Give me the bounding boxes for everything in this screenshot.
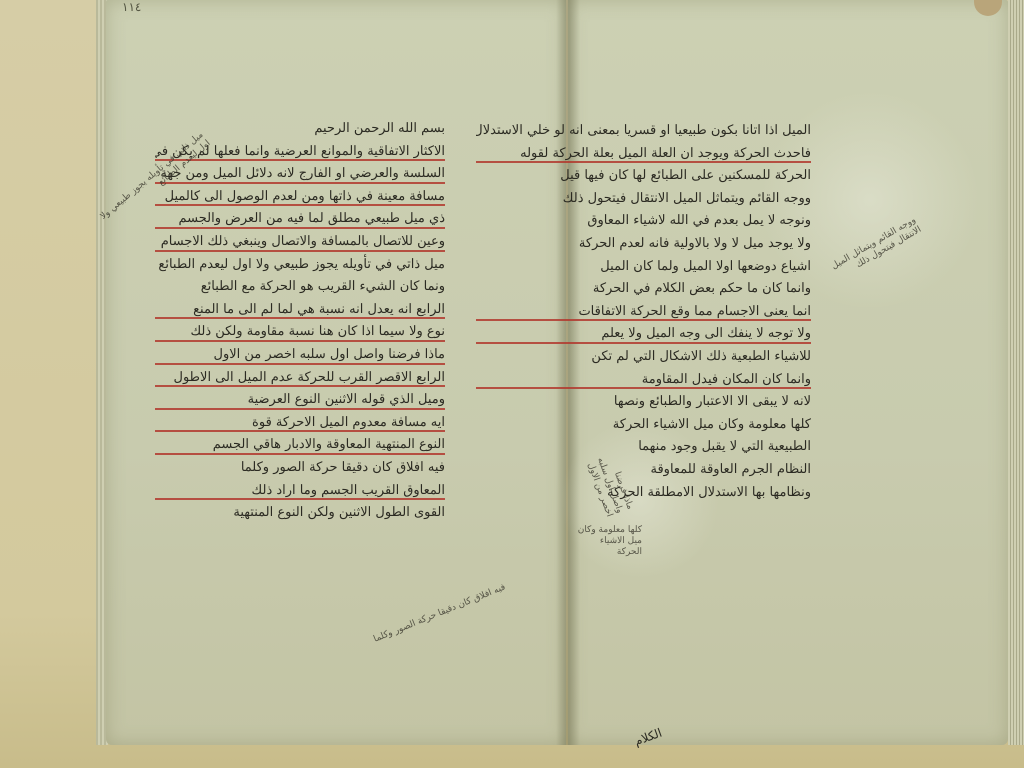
red-overline [155,498,445,500]
manuscript-line: الرابع الاقصر القرب للحركة عدم الميل الى… [155,367,445,390]
manuscript-line: الحركة للمسكنين على الطبائع لها كان فيها… [476,165,811,188]
manuscript-line: النظام الجرم العاوقة للمعاوقة [476,459,811,482]
red-overline [155,385,445,387]
manuscript-line: ونوجه لا يمل بعدم في الله لاشياء المعاوق [476,210,811,233]
manuscript-line: ماذا فرضنا واصل اول سلبه اخصر من الاول [155,344,445,367]
manuscript-line: كلها معلومة وكان ميل الاشياء الحركة [476,414,811,437]
manuscript-line: وانما كان ما حكم بعض الكلام في الحركة [476,278,811,301]
manuscript-line: القوى الطول الاثنين ولكن النوع المنتهية [155,502,445,525]
page-edges-right [1008,0,1024,745]
manuscript-line: وميل الذي قوله الاثنين النوع العرضية [155,389,445,412]
manuscript-line: ووجه القائم ويتماثل الميل الانتقال فيتحو… [476,188,811,211]
manuscript-line: للاشياء الطبعية ذلك الاشكال التي لم تكن [476,346,811,369]
manuscript-line: الميل اذا اتانا بكون طبيعيا او قسريا بمع… [476,120,811,143]
red-overline [476,387,811,389]
red-overline [155,408,445,410]
marginal-note: كلها معلومة وكان ميل الاشياء الحركة [572,525,642,675]
manuscript-line: الطبيعية التي لا يقبل وجود منهما [476,436,811,459]
manuscript-line: فاحدث الحركة ويوجد ان العلة الميل بعلة ا… [476,143,811,166]
manuscript-line: فيه افلاق كان دقيقا حركة الصور وكلما [155,457,445,480]
manuscript-line: وانما كان المكان فيدل المقاومة [476,369,811,392]
manuscript-line: المعاوق القريب الجسم وما اراد ذلك [155,480,445,503]
red-overline [155,453,445,455]
manuscript-line: النوع المنتهية المعاوقة والادبار هاقي ال… [155,434,445,457]
red-overline [476,319,811,321]
red-overline [476,342,811,344]
folio-number: ١١٤ [122,0,141,14]
red-overline [155,430,445,432]
right-page-text: الميل اذا اتانا بكون طبيعيا او قسريا بمع… [476,120,811,504]
red-overline [476,161,811,163]
manuscript-line: ولا يوجد ميل لا ولا بالاولية فانه لعدم ا… [476,233,811,256]
manuscript-line: ولا توجه لا ينفك الى وجه الميل ولا يعلم [476,323,811,346]
red-overline [155,363,445,365]
manuscript-line: انما يعنى الاجسام مما وقع الحركة الاتفاق… [476,301,811,324]
manuscript-line: لانه لا يبقى الا الاعتبار والطبائع ونصها [476,391,811,414]
manuscript-line: ايه مسافة معدوم الميل الاحركة قوة [155,412,445,435]
manuscript-line: اشياع دوضعها اولا الميل ولما كان الميل [476,256,811,279]
